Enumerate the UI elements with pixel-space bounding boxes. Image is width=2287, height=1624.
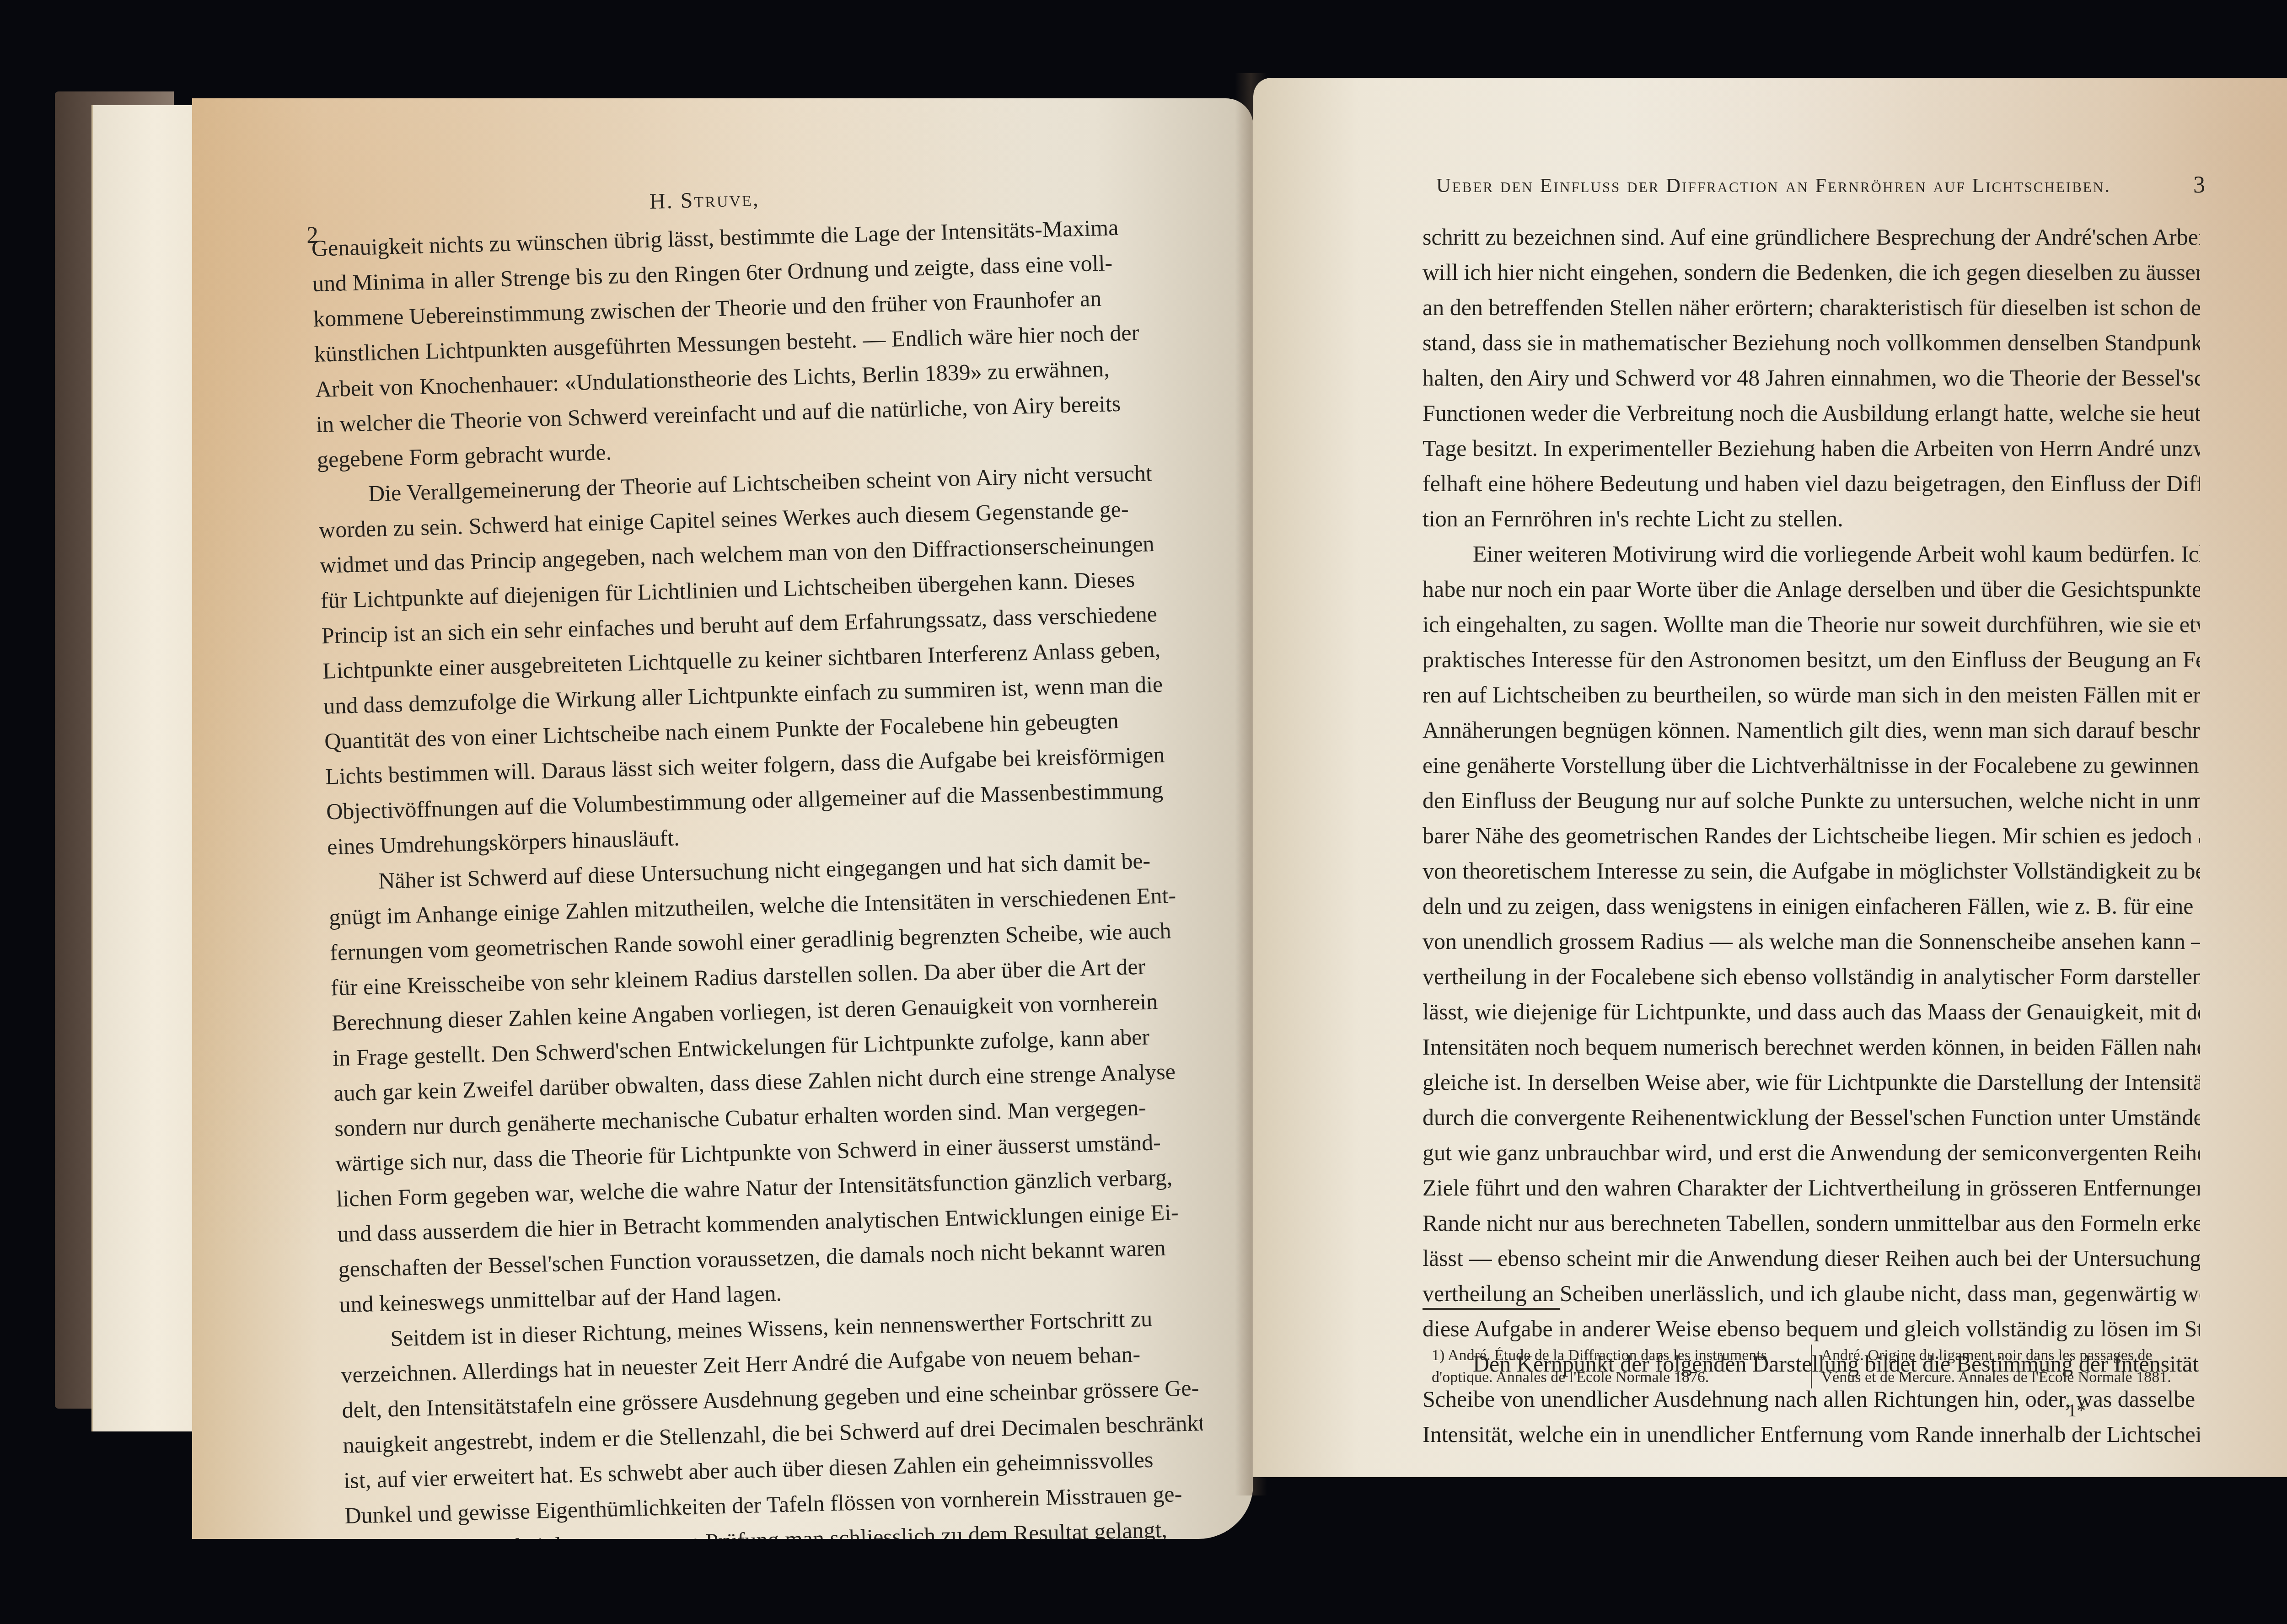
running-head: Ueber den Einfluss der Diffraction an Fe… (1436, 174, 2111, 197)
text-line: von unendlich grossem Radius — als welch… (1423, 924, 2200, 959)
signature-mark: 1* (2067, 1399, 2086, 1421)
text-line: habe nur noch ein paar Worte über die An… (1423, 572, 2200, 607)
text-line: tion an Fernröhren in's rechte Licht zu … (1423, 501, 2200, 536)
left-page: 2 H. Struve, Genauigkeit nichts zu wünsc… (192, 98, 1253, 1539)
text-line: deln und zu zeigen, dass wenigstens in e… (1423, 889, 2200, 924)
right-page: Ueber den Einfluss der Diffraction an Fe… (1253, 78, 2287, 1477)
text-line: lässt — ebenso scheint mir die Anwendung… (1423, 1241, 2200, 1276)
footnote-1: 1) André. Étude de la Diffraction dans l… (1423, 1345, 1811, 1388)
text-line: gleiche ist. In derselben Weise aber, wi… (1423, 1065, 2200, 1100)
text-line: Ziele führt und den wahren Charakter der… (1423, 1170, 2200, 1206)
text-line: stand, dass sie in mathematischer Bezieh… (1423, 325, 2200, 360)
text-line: gut wie ganz unbrauchbar wird, und erst … (1423, 1135, 2200, 1170)
text-line: an den betreffenden Stellen näher erörte… (1423, 290, 2200, 325)
text-line: von theoretischem Interesse zu sein, die… (1423, 853, 2200, 889)
text-line: ich eingehalten, zu sagen. Wollte man di… (1423, 607, 2200, 642)
text-line: ren auf Lichtscheiben zu beurtheilen, so… (1423, 677, 2200, 713)
text-line: Functionen weder die Verbreitung noch di… (1423, 396, 2200, 431)
text-line: diese Aufgabe in anderer Weise ebenso be… (1423, 1311, 2200, 1346)
text-line: Annäherungen begnügen können. Namentlich… (1423, 713, 2200, 748)
text-line: durch die convergente Reihenentwicklung … (1423, 1100, 2200, 1135)
text-line: Intensitäten noch bequem numerisch berec… (1423, 1029, 2200, 1065)
text-line: lässt, wie diejenige für Lichtpunkte, un… (1423, 994, 2200, 1029)
footnote-rule (1423, 1308, 1560, 1310)
body-text: Genauigkeit nichts zu wünschen übrig läs… (311, 209, 1207, 1539)
text-line: Tage besitzt. In experimenteller Beziehu… (1423, 431, 2200, 466)
text-line: praktisches Interesse für den Astronomen… (1423, 642, 2200, 677)
text-line: vertheilung in der Focalebene sich ebens… (1423, 959, 2200, 994)
text-line: Intensität, welche ein in unendlicher En… (1423, 1417, 2200, 1452)
text-line: schritt zu bezeichnen sind. Auf eine grü… (1423, 220, 2200, 255)
text-line: barer Nähe des geometrischen Randes der … (1423, 818, 2200, 853)
text-line: felhaft eine höhere Bedeutung und haben … (1423, 466, 2200, 501)
text-line: halten, den Airy und Schwerd vor 48 Jahr… (1423, 360, 2200, 396)
footnotes: 1) André. Étude de la Diffraction dans l… (1423, 1345, 2200, 1388)
text-line: vertheilung an Scheiben unerlässlich, un… (1423, 1276, 2200, 1311)
text-line: Einer weiteren Motivirung wird die vorli… (1423, 536, 2200, 572)
text-line: eine genäherte Vorstellung über die Lich… (1423, 748, 2200, 783)
footnote-1-continued: André. Origine du ligament noir dans les… (1811, 1345, 2201, 1388)
text-line: den Einfluss der Beugung nur auf solche … (1423, 783, 2200, 818)
running-head: H. Struve, (649, 186, 760, 214)
text-line: will ich hier nicht eingehen, sondern di… (1423, 255, 2200, 290)
body-text: schritt zu bezeichnen sind. Auf eine grü… (1423, 220, 2200, 1452)
text-line: Rande nicht nur aus berechneten Tabellen… (1423, 1206, 2200, 1241)
page-number: 3 (2193, 172, 2205, 198)
